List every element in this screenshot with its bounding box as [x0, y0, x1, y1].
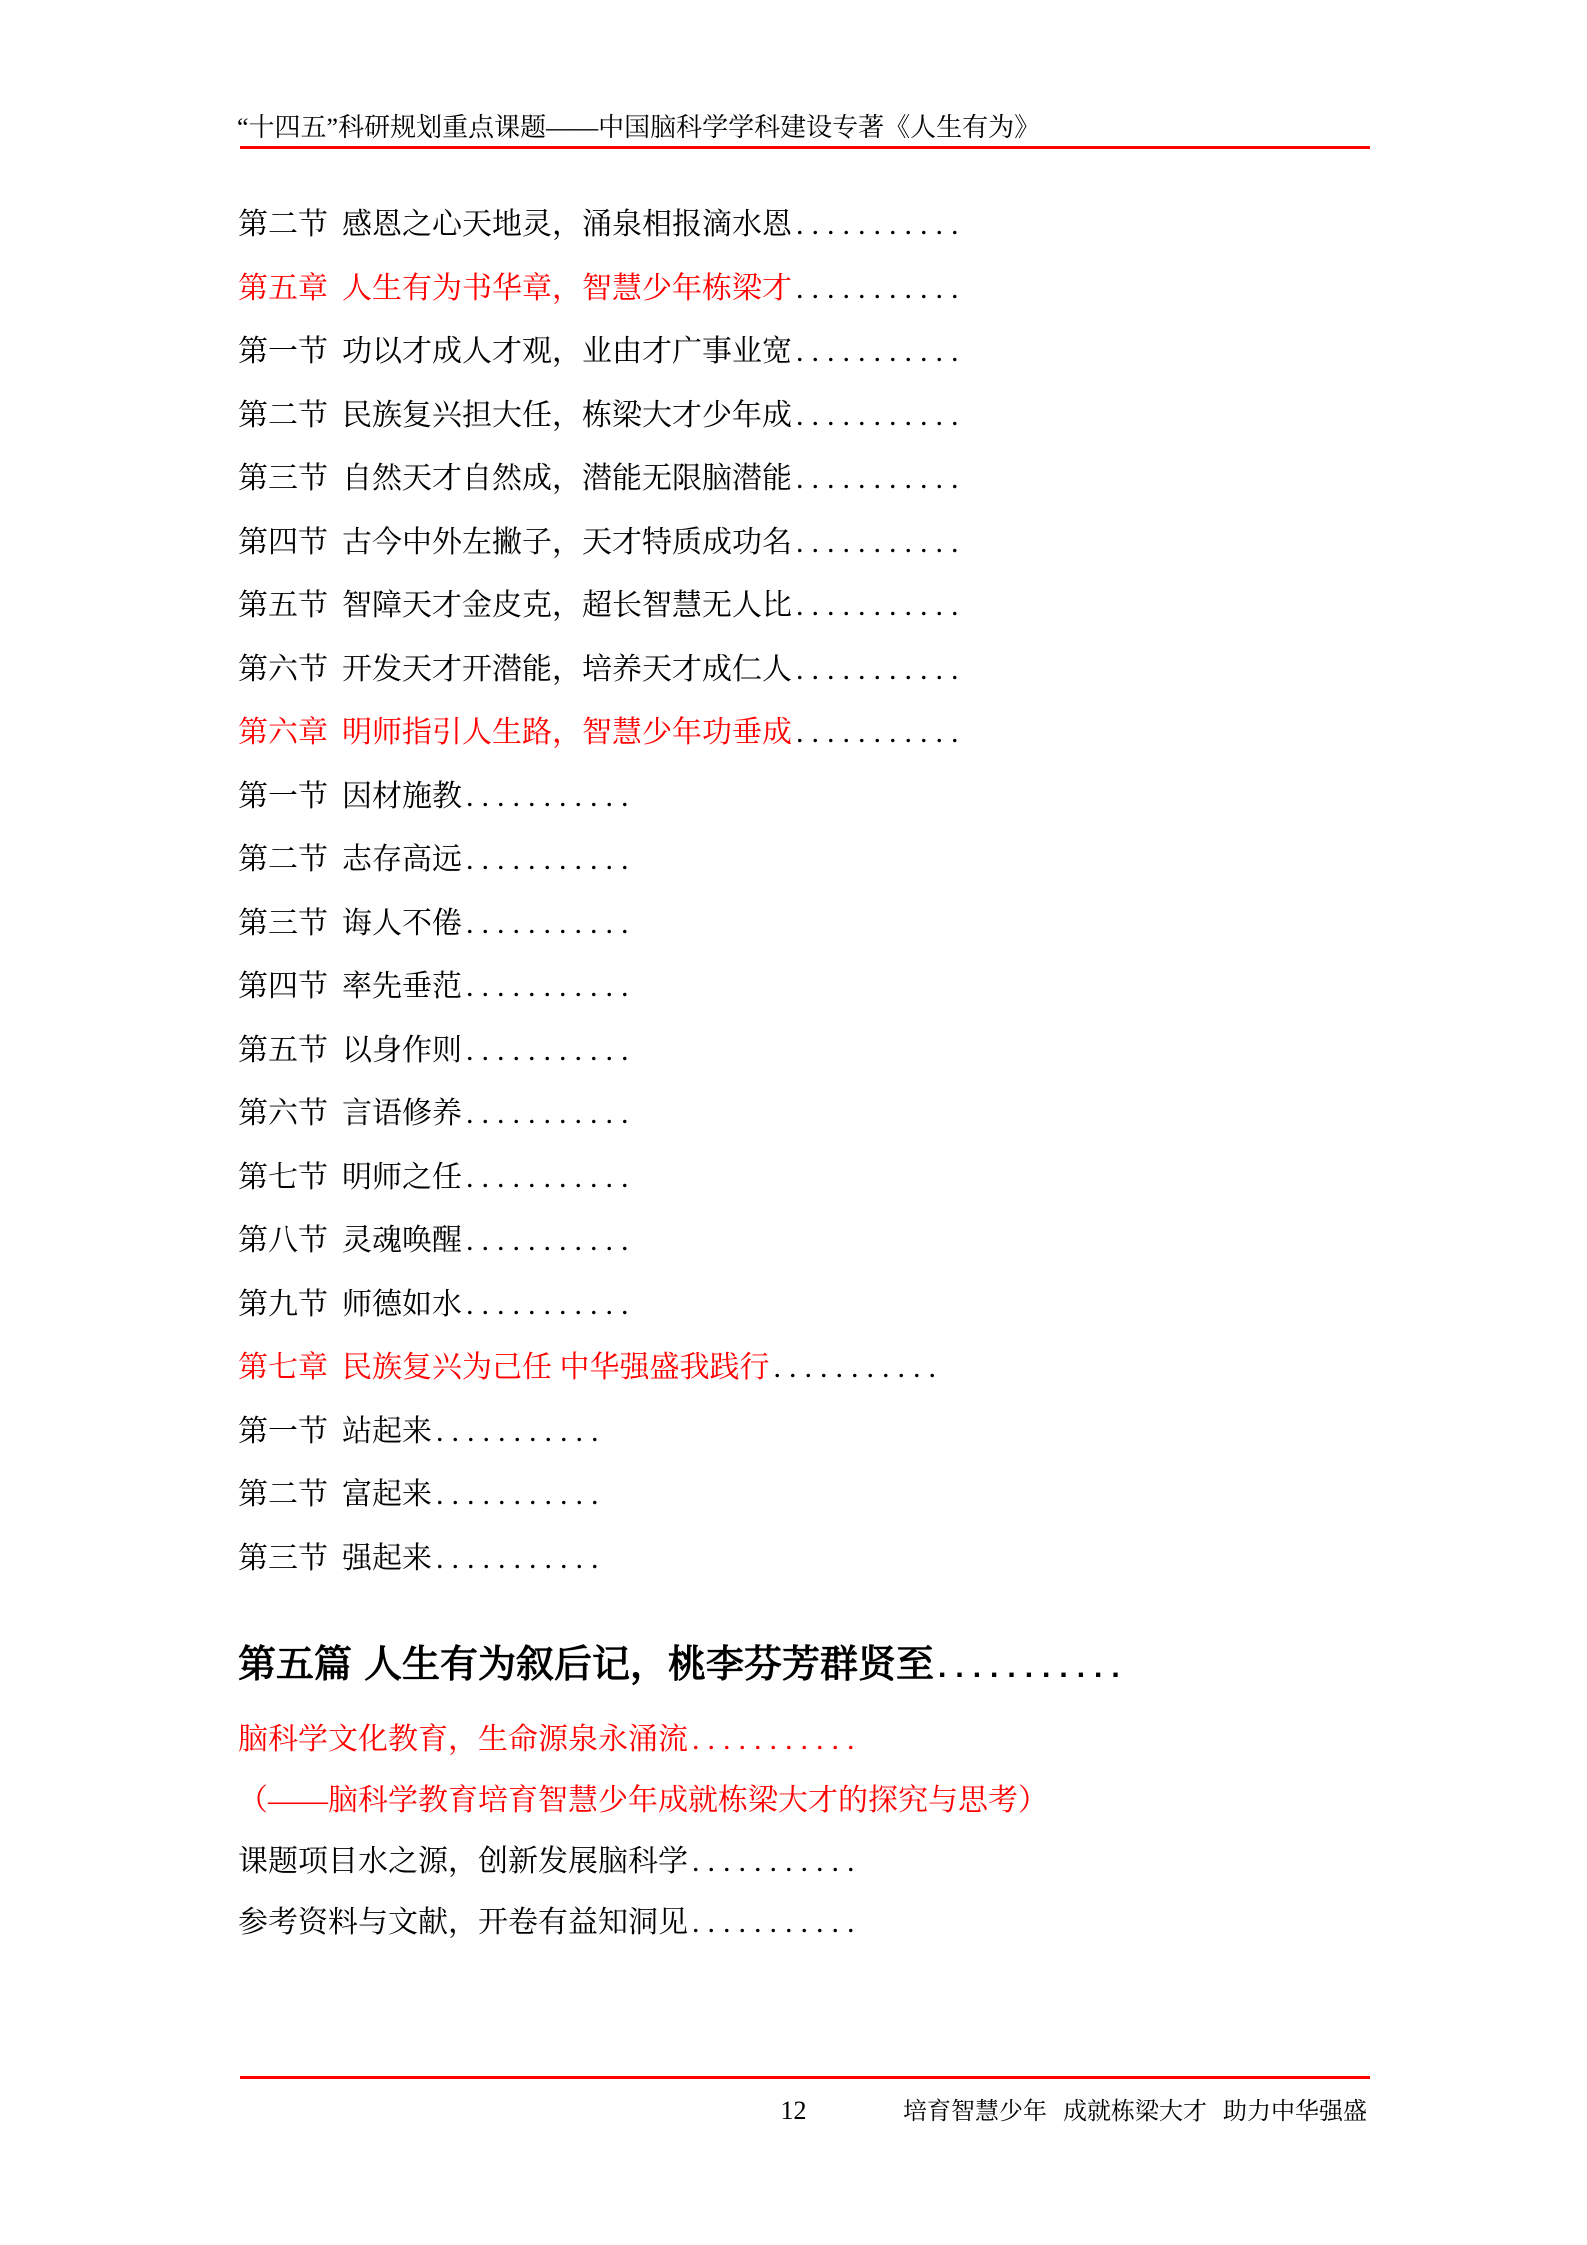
toc-entry-label: 第二节: [238, 843, 328, 876]
toc-entry-chapter: 第七章民族复兴为己任 中华强盛我践行...........: [238, 1351, 1438, 1415]
toc-leader-dots: ...........: [692, 1906, 863, 1939]
toc-entry-title: 强起来: [342, 1542, 432, 1575]
toc-entry-title: 志存高远: [342, 843, 462, 876]
toc-leader-dots: ...........: [774, 1351, 945, 1384]
header-red-rule: [240, 146, 1370, 149]
toc-entry-title: 人生有为书华章，智慧少年栋梁才: [342, 272, 792, 305]
toc-entry-label: 第二节: [238, 1478, 328, 1511]
toc-entry-title: 言语修养: [342, 1097, 462, 1130]
toc-entry-label: 第一节: [238, 780, 328, 813]
toc-entry-chapter: 第六章明师指引人生路，智慧少年功垂成...........: [238, 716, 1438, 780]
toc-entry-label: 第五节: [238, 589, 328, 622]
toc-entry-label: 第三节: [238, 462, 328, 495]
toc-leader-dots: ...........: [466, 843, 637, 876]
toc-entry-section: 第一节因材施教...........: [238, 780, 1438, 844]
footer-page-number: 12: [781, 2096, 807, 2126]
toc-entry-section: 第四节古今中外左撇子，天才特质成功名...........: [238, 526, 1438, 590]
toc-entry-title: 感恩之心天地灵，涌泉相报滴水恩: [342, 208, 792, 241]
toc-leader-dots: ...........: [796, 272, 967, 305]
toc-entry-section: 第九节师德如水...........: [238, 1288, 1438, 1352]
toc-entry-section: 第七节明师之任...........: [238, 1161, 1438, 1225]
toc-entry-section: 第二节感恩之心天地灵，涌泉相报滴水恩...........: [238, 208, 1438, 272]
toc-entry-title: 率先垂范: [342, 970, 462, 1003]
toc-entry-label: 第一节: [238, 1415, 328, 1448]
toc-entry-section: 第三节强起来...........: [238, 1542, 1438, 1606]
toc-leader-dots: ...........: [436, 1415, 607, 1448]
closing-line-text: 参考资料与文献，开卷有益知洞见: [238, 1906, 688, 1939]
toc-entry-section: 第五节以身作则...........: [238, 1034, 1438, 1098]
toc-entry-section: 第一节功以才成人才观，业由才广事业宽...........: [238, 335, 1438, 399]
toc-entry-section: 第一节站起来...........: [238, 1415, 1438, 1479]
toc-entry-title: 功以才成人才观，业由才广事业宽: [342, 335, 792, 368]
toc-entry-section: 第二节富起来...........: [238, 1478, 1438, 1542]
toc-entry-title: 明师之任: [342, 1161, 462, 1194]
toc-leader-dots: ...........: [796, 208, 967, 241]
closing-line-text: 课题项目水之源，创新发展脑科学: [238, 1845, 688, 1878]
toc-entry-section: 第二节志存高远...........: [238, 843, 1438, 907]
toc-leader-dots: ...........: [796, 335, 967, 368]
toc-entry-title: 开发天才开潜能，培养天才成仁人: [342, 653, 792, 686]
toc-entry-label: 第六节: [238, 1097, 328, 1130]
toc-entry-title: 诲人不倦: [342, 907, 462, 940]
closing-line: 参考资料与文献，开卷有益知洞见...........: [238, 1905, 1438, 1966]
closing-line: （——脑科学教育培育智慧少年成就栋梁大才的探究与思考）: [238, 1783, 1438, 1844]
toc-leader-dots: ...........: [466, 780, 637, 813]
toc-leader-dots: ...........: [796, 462, 967, 495]
toc-entry-title: 富起来: [342, 1478, 432, 1511]
toc-entry-title: 智障天才金皮克，超长智慧无人比: [342, 589, 792, 622]
toc-entry-title: 站起来: [342, 1415, 432, 1448]
footer-tagline: 培育智慧少年 成就栋梁大才 助力中华强盛: [903, 2098, 1367, 2126]
toc-leader-dots: ...........: [466, 907, 637, 940]
toc-entry-title: 因材施教: [342, 780, 462, 813]
toc-entry-title: 民族复兴为己任 中华强盛我践行: [342, 1351, 770, 1384]
toc-entry-label: 第三节: [238, 1542, 328, 1575]
toc-entry-title: 古今中外左撇子，天才特质成功名: [342, 526, 792, 559]
toc-entry-title: 师德如水: [342, 1288, 462, 1321]
toc-entry-label: 第五章: [238, 272, 328, 305]
closing-line-text: 脑科学文化教育，生命源泉永涌流: [238, 1723, 688, 1756]
toc-entry-label: 第二节: [238, 208, 328, 241]
toc-entry-label: 第一节: [238, 335, 328, 368]
footer-red-rule: [240, 2076, 1370, 2079]
closing-line: 课题项目水之源，创新发展脑科学...........: [238, 1844, 1438, 1905]
document-page: “十四五”科研规划重点课题——中国脑科学学科建设专著《人生有为》 第二节感恩之心…: [0, 0, 1587, 2245]
toc-entry-section: 第三节诲人不倦...........: [238, 907, 1438, 971]
toc-leader-dots: ...........: [466, 1161, 637, 1194]
toc-leader-dots: ...........: [436, 1542, 607, 1575]
toc-leader-dots: ...........: [436, 1478, 607, 1511]
toc-entry-label: 第八节: [238, 1224, 328, 1257]
toc-leader-dots: ...........: [796, 716, 967, 749]
toc-entry-label: 第六节: [238, 653, 328, 686]
toc-leader-dots: ...........: [796, 399, 967, 432]
toc-entry-label: 第四节: [238, 970, 328, 1003]
toc-entry-section: 第三节自然天才自然成，潜能无限脑潜能...........: [238, 462, 1438, 526]
toc-leader-dots: ...........: [466, 1288, 637, 1321]
toc-entry-chapter: 第五章人生有为书华章，智慧少年栋梁才...........: [238, 272, 1438, 336]
toc-leader-dots: ...........: [466, 1224, 637, 1257]
toc-leader-dots: ...........: [466, 1034, 637, 1067]
toc-leader-dots: ...........: [938, 1651, 1129, 1684]
toc-leader-dots: ...........: [796, 653, 967, 686]
toc-leader-dots: ...........: [796, 589, 967, 622]
toc-entry-label: 第七节: [238, 1161, 328, 1194]
toc-list: 第二节感恩之心天地灵，涌泉相报滴水恩...........第五章人生有为书华章，…: [238, 208, 1438, 1605]
toc-entry-title: 灵魂唤醒: [342, 1224, 462, 1257]
toc-entry-section: 第四节率先垂范...........: [238, 970, 1438, 1034]
toc-leader-dots: ...........: [466, 1097, 637, 1130]
toc-entry-section: 第五节智障天才金皮克，超长智慧无人比...........: [238, 589, 1438, 653]
closing-line: 脑科学文化教育，生命源泉永涌流...........: [238, 1722, 1438, 1783]
toc-entry-label: 第六章: [238, 716, 328, 749]
toc-leader-dots: ...........: [796, 526, 967, 559]
toc-entry-title: 自然天才自然成，潜能无限脑潜能: [342, 462, 792, 495]
toc-leader-dots: ...........: [692, 1723, 863, 1756]
toc-entry-label: 第九节: [238, 1288, 328, 1321]
toc-leader-dots: ...........: [466, 970, 637, 1003]
toc-entry-title: 明师指引人生路，智慧少年功垂成: [342, 716, 792, 749]
header-title: “十四五”科研规划重点课题——中国脑科学学科建设专著《人生有为》: [237, 112, 1040, 144]
toc-entry-title: 民族复兴担大任，栋梁大才少年成: [342, 399, 792, 432]
closing-heading-label: 第五篇: [238, 1644, 352, 1686]
toc-leader-dots: ...........: [692, 1845, 863, 1878]
closing-section-heading: 第五篇人生有为叙后记，桃李芬芳群贤至...........: [238, 1642, 1129, 1691]
toc-entry-section: 第二节民族复兴担大任，栋梁大才少年成...........: [238, 399, 1438, 463]
toc-entry-section: 第六节开发天才开潜能，培养天才成仁人...........: [238, 653, 1438, 717]
toc-entry-label: 第四节: [238, 526, 328, 559]
toc-entry-label: 第七章: [238, 1351, 328, 1384]
closing-lines: 脑科学文化教育，生命源泉永涌流...........（——脑科学教育培育智慧少年…: [238, 1722, 1438, 1966]
toc-entry-section: 第八节灵魂唤醒...........: [238, 1224, 1438, 1288]
toc-entry-section: 第六节言语修养...........: [238, 1097, 1438, 1161]
closing-line-text: （——脑科学教育培育智慧少年成就栋梁大才的探究与思考）: [238, 1784, 1048, 1817]
toc-entry-label: 第五节: [238, 1034, 328, 1067]
closing-heading-title: 人生有为叙后记，桃李芬芳群贤至: [364, 1644, 934, 1686]
toc-entry-title: 以身作则: [342, 1034, 462, 1067]
toc-entry-label: 第二节: [238, 399, 328, 432]
toc-entry-label: 第三节: [238, 907, 328, 940]
